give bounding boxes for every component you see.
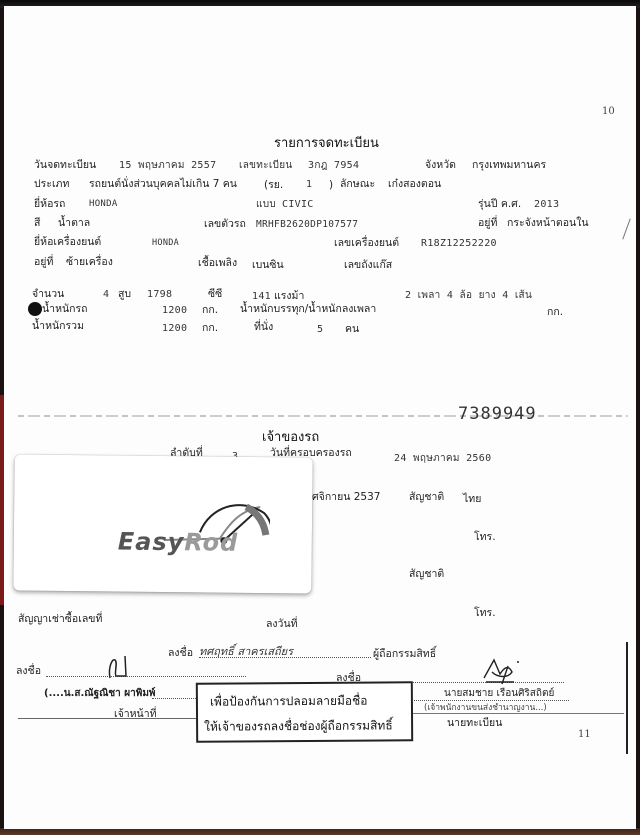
document-title: รายการจดทะเบียน <box>274 137 379 150</box>
engine-brand: HONDA <box>152 239 179 248</box>
easyrod-logo: EasyRod <box>118 528 239 557</box>
engine-no-label: เลขเครื่องยนต์ <box>334 238 399 249</box>
cc-label: ซีซี <box>208 289 222 300</box>
registrar-signature <box>478 654 520 686</box>
logo-text-rod: Rod <box>184 528 238 557</box>
cylinder-label: สูบ <box>118 289 131 300</box>
ry-label: (รย. <box>264 180 283 191</box>
officer-sign-line <box>46 676 246 677</box>
ry-close: ) <box>329 180 333 191</box>
owner-signature: ทศฤทธิ์ สาครเสถียร <box>199 646 371 658</box>
gross-weight: 1200 <box>162 324 187 334</box>
reg-date: 15 พฤษภาคม 2557 <box>119 161 216 171</box>
engine-location-label: อยู่ที่ <box>34 257 53 268</box>
punch-hole <box>28 302 42 316</box>
stamp-line-1: เพื่อป้องกันการปลอมลายมือชื่อ <box>210 692 368 712</box>
axle-wheel-info: 2 เพลา 4 ล้อ ยาง 4 เส้น <box>405 291 532 301</box>
gas-tank-label: เลขถังแก๊ส <box>344 260 392 271</box>
vehicle-weight: 1200 <box>162 306 187 316</box>
sign-date-label: ลงวันที่ <box>266 619 298 630</box>
engine-location: ซ้ายเครื่อง <box>66 257 113 268</box>
registrar-name-dots <box>409 700 569 701</box>
registrar-rule <box>409 713 624 714</box>
fuel-label: เชื้อเพลิง <box>198 258 237 269</box>
photo-edge-bottom <box>0 828 640 835</box>
count-label: จำนวน <box>32 289 64 300</box>
fuel: เบนซิน <box>252 260 284 271</box>
seats-label: ที่นั่ง <box>254 322 273 333</box>
brand-label: ยี่ห้อรถ <box>34 199 65 210</box>
registrar-name: นายสมชาย เรือนศิริสถิตย์ <box>444 689 554 699</box>
right-margin-bar <box>626 642 628 754</box>
vin-location: กระจังหน้าตอนใน <box>507 218 589 229</box>
province: กรุงเทพมหานคร <box>472 160 546 171</box>
style-label: ลักษณะ <box>340 179 375 190</box>
plate-number: 3กฎ 7954 <box>308 161 359 171</box>
ry-value: 1 <box>306 180 312 190</box>
serial-number: 7389949 <box>458 406 537 423</box>
persons-unit: คน <box>345 324 359 335</box>
logo-text-easy: Easy <box>118 528 185 557</box>
hp-label: แรงม้า <box>274 291 304 302</box>
easyrod-sticker: EasyRod <box>13 454 312 593</box>
model-label: แบบ <box>256 200 276 210</box>
nationality-label: สัญชาติ <box>409 492 444 503</box>
vin-label: เลขตัวรถ <box>204 219 246 230</box>
load-kg-unit: กก. <box>547 307 563 318</box>
phone-label: โทร. <box>474 532 496 543</box>
anti-forgery-stamp: เพื่อป้องกันการปลอมลายมือชื่อ ให้เจ้าของ… <box>196 681 413 743</box>
officer-name: (....น.ส.ณัฐณิชา ผาพิมพ์ <box>44 689 156 699</box>
province-label: จังหวัด <box>425 160 456 171</box>
year-label: รุ่นปี ค.ศ. <box>478 199 521 210</box>
vehicle-type: รถยนต์นั่งส่วนบุคคลไม่เกิน 7 คน <box>89 179 237 190</box>
phone-label-2: โทร. <box>474 608 496 619</box>
officer-title-rule <box>18 718 196 719</box>
stamp-line-2: ให้เจ้าของรถลงชื่อช่องผู้ถือกรรมสิทธิ์ <box>204 716 393 736</box>
engine-brand-label: ยี่ห้อเครื่องยนต์ <box>34 237 101 248</box>
gross-kg-unit: กก. <box>202 323 218 334</box>
horsepower: 141 <box>252 292 271 302</box>
engine-cc: 1798 <box>147 290 172 300</box>
vin-location-label: อยู่ที่ <box>478 218 497 229</box>
owner-heading: เจ้าของรถ <box>262 431 319 444</box>
registration-page: 10 รายการจดทะเบียน วันจดทะเบียน 15 พฤษภา… <box>4 6 636 829</box>
vehicle-color: น้ำตาล <box>58 218 90 229</box>
brand: HONDA <box>89 200 118 209</box>
officer-name-dots <box>152 698 196 699</box>
page-number-top: 10 <box>602 107 615 117</box>
load-label: น้ำหนักบรรทุก/น้ำหนักลงเพลา <box>240 304 376 315</box>
holder-label: ผู้ถือกรรมสิทธิ์ <box>373 649 436 660</box>
page-number-bottom: 11 <box>578 730 591 740</box>
cylinders: 4 <box>103 290 109 300</box>
type-label: ประเภท <box>34 179 69 190</box>
possession-date: 24 พฤษภาคม 2560 <box>394 454 491 464</box>
registrar-subtitle: (เจ้าพนักงานขนส่งชำนาญงาน...) <box>424 704 547 713</box>
pen-mark <box>622 218 630 239</box>
officer-sign-label: ลงชื่อ <box>16 666 41 677</box>
kg-unit: กก. <box>202 305 218 316</box>
model: CIVIC <box>282 200 314 210</box>
nationality-label-2: สัญชาติ <box>409 569 444 580</box>
lease-contract-label: สัญญาเช่าซื้อเลขที่ <box>18 614 102 625</box>
registrar-title: นายทะเบียน <box>447 718 502 729</box>
engine-number: R18Z12252220 <box>421 239 497 249</box>
nationality: ไทย <box>463 494 481 505</box>
reg-date-label: วันจดทะเบียน <box>34 160 96 171</box>
seats: 5 <box>317 325 323 335</box>
plate-label: เลขทะเบียน <box>239 161 293 171</box>
officer-signature <box>106 654 130 680</box>
weight-label: น้ำหนักรถ <box>42 304 88 315</box>
owner-sign-label: ลงชื่อ <box>168 648 193 659</box>
vehicle-style: เก๋งสองตอน <box>388 179 441 190</box>
gross-weight-label: น้ำหนักรวม <box>32 321 84 332</box>
birth-date-fragment: ศจิกายน 2537 <box>312 492 380 503</box>
model-year: 2013 <box>534 200 559 210</box>
color-label: สี <box>34 218 40 229</box>
vin: MRHFB2620DP107577 <box>256 220 358 230</box>
